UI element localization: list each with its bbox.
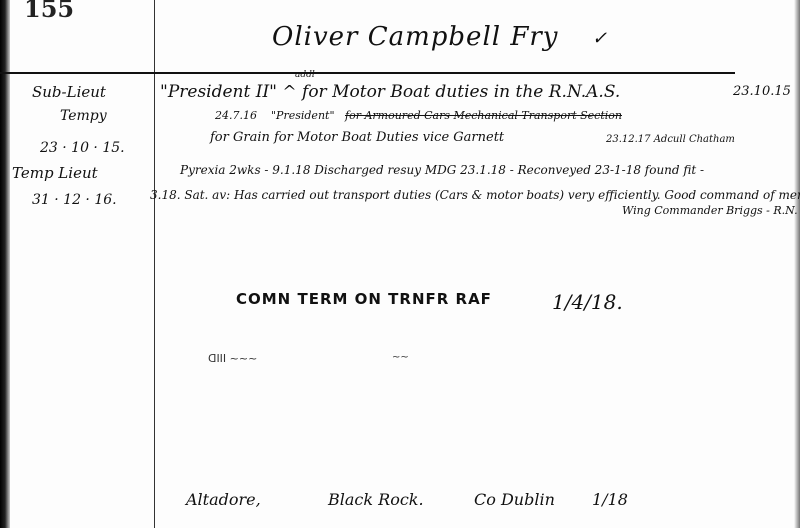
faint-bleed-mark-2: ~~ — [392, 352, 409, 363]
rank-date-1: 23 · 10 · 15. — [40, 140, 125, 156]
service-record-card: 155 Oliver Campbell Fry ✓ Sub-Lieut Temp… — [0, 0, 800, 528]
rank-sub-lieut: Sub-Lieut — [32, 83, 106, 101]
service-line-2-ship: "President" — [271, 109, 335, 122]
officer-name: Oliver Campbell Fry — [272, 22, 559, 52]
column-divider — [154, 0, 155, 528]
rank-qualifier-tempy: Tempy — [60, 108, 107, 124]
rank-temp-lieut: Temp Lieut — [12, 164, 98, 182]
service-line-1-date: 23.10.15 — [733, 84, 791, 99]
header-rule — [0, 72, 735, 74]
service-line-2-struck-text: for Armoured Cars Mechanical Transport S… — [345, 109, 622, 122]
service-line-1: "President II" ^ for Motor Boat duties i… — [160, 82, 620, 102]
address-county: Co Dublin — [474, 490, 555, 509]
address-date: 1/18 — [592, 490, 628, 509]
service-line-6: Wing Commander Briggs - R.N. — [622, 204, 798, 217]
service-line-3-tail: 23.12.17 Adcull Chatham — [606, 134, 735, 145]
card-number: 155 — [24, 0, 74, 23]
address-house: Altadore, — [186, 490, 261, 509]
transfer-stamp: COMN TERM ON TRNFR RAF — [236, 290, 492, 308]
service-line-2-date: 24.7.16 — [215, 109, 257, 122]
scan-edge-shadow-right — [794, 0, 800, 528]
scan-edge-shadow-left — [0, 0, 10, 528]
insertion-note: addl — [295, 70, 315, 80]
service-line-2: 24.7.16 "President" for Armoured Cars Me… — [215, 109, 622, 122]
service-line-5: 3.18. Sat. av: Has carried out transport… — [150, 188, 800, 202]
address-town: Black Rock. — [328, 490, 424, 509]
check-mark: ✓ — [592, 28, 607, 49]
service-line-3: for Grain for Motor Boat Duties vice Gar… — [210, 130, 504, 145]
faint-bleed-mark-1: ꓷꓲꓲꓲ ~~~ — [208, 352, 257, 365]
transfer-date: 1/4/18. — [552, 290, 623, 314]
service-line-4: Pyrexia 2wks - 9.1.18 Discharged resuy M… — [180, 163, 704, 177]
rank-date-2: 31 · 12 · 16. — [32, 192, 117, 208]
